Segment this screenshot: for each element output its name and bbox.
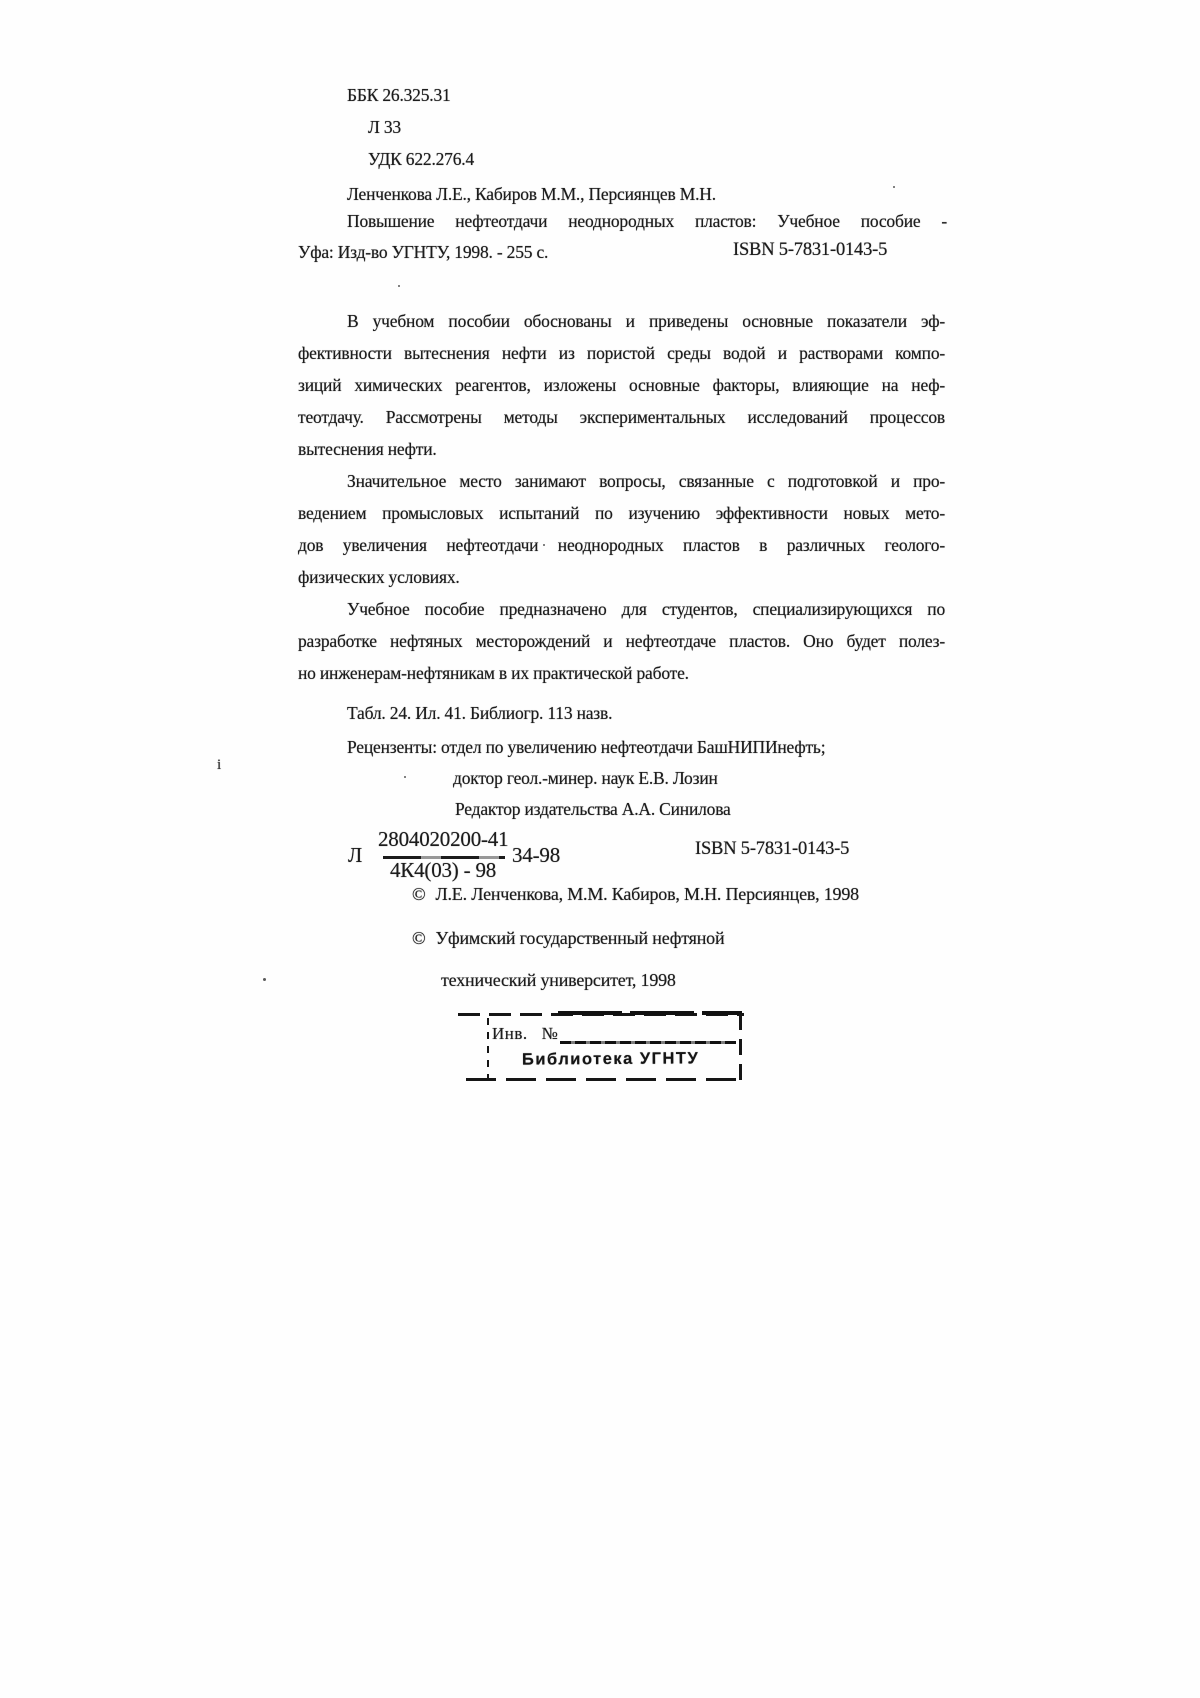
udk-code: УДК 622.276.4 [368, 148, 474, 170]
abstract-line: теотдачу. Рассмотрены методы эксперимент… [298, 406, 945, 428]
stamp-border-bottom [466, 1078, 744, 1081]
scan-speckle [543, 544, 545, 546]
copyright-authors: Л.Е. Ленченкова, М.М. Кабиров, М.Н. Перс… [435, 884, 858, 904]
scan-speckle [263, 978, 266, 981]
copyright-org-line1: ©Уфимский государственный нефтяной [412, 927, 724, 949]
stamp-border-left [487, 1018, 489, 1078]
copyright-authors-line: ©Л.Е. Ленченкова, М.М. Кабиров, М.Н. Пер… [412, 883, 859, 905]
imprint-line: Уфа: Изд-во УГНТУ, 1998. - 255 с. [298, 241, 548, 263]
library-stamp: Инв.№ Библиотека УГНТУ [458, 1010, 744, 1084]
copyright-org-line2: технический университет, 1998 [441, 969, 676, 991]
abstract-line: физических условиях. [298, 566, 460, 588]
stamp-fill-in-rule [560, 1041, 736, 1044]
catalog-suffix: 34-98 [512, 843, 560, 867]
stamp-border-right [739, 1014, 742, 1080]
abstract-line: Значительное место занимают вопросы, свя… [347, 470, 945, 492]
catalog-denominator: 4К4(03) - 98 [390, 858, 496, 882]
scan-speckle [398, 285, 400, 287]
abstract-line: ведением промысловых испытаний по изучен… [298, 502, 945, 524]
authors-line: Ленченкова Л.Е., Кабиров М.М., Персиянце… [347, 183, 716, 205]
stamp-no-label: № [542, 1024, 559, 1043]
reviewers-line-1: Рецензенты: отдел по увеличению нефтеотд… [347, 736, 825, 758]
catalog-letter: Л [348, 843, 362, 867]
stamp-inv-label: Инв. [492, 1024, 528, 1043]
stamp-border-top-heavy [558, 1011, 742, 1015]
abstract-line: разработке нефтяных месторождений и нефт… [298, 630, 945, 652]
stamp-library-label: Библиотека УГНТУ [522, 1049, 699, 1069]
copyright-symbol: © [412, 883, 425, 905]
scanned-book-imprint-page: ББК 26.325.31 Л 33 УДК 622.276.4 Ленченк… [0, 0, 1200, 1698]
abstract-line: В учебном пособии обоснованы и приведены… [347, 310, 945, 332]
bbk-code: ББК 26.325.31 [347, 84, 451, 106]
abstract-line: вытеснения нефти. [298, 438, 437, 460]
stamp-inv-row: Инв.№ [492, 1024, 558, 1044]
biblio-note: Табл. 24. Ил. 41. Библиогр. 113 назв. [347, 702, 612, 724]
editor-line: Редактор издательства А.А. Синилова [455, 798, 731, 820]
abstract-line: фективности вытеснения нефти из пористой… [298, 342, 945, 364]
copyright-symbol: © [412, 927, 425, 949]
catalog-numerator: 2804020200-41 [378, 827, 508, 851]
abstract-line: Учебное пособие предназначено для студен… [347, 598, 945, 620]
abstract-line: зиций химических реагентов, изложены осн… [298, 374, 945, 396]
abstract-line: дов увеличения нефтеотдачи неоднородных … [298, 534, 945, 556]
isbn-bottom: ISBN 5-7831-0143-5 [695, 838, 849, 860]
copyright-org-name: Уфимский государственный нефтяной [435, 928, 724, 948]
scan-speckle [404, 776, 406, 778]
scan-speckle [893, 186, 895, 188]
abstract-line: но инженерам-нефтяникам в их практическо… [298, 662, 689, 684]
title-line: Повышение нефтеотдачи неоднородных пласт… [347, 210, 947, 232]
reviewers-line-2: доктор геол.-минер. наук Е.В. Лозин [453, 767, 718, 789]
isbn-top: ISBN 5-7831-0143-5 [733, 239, 887, 261]
author-code: Л 33 [368, 116, 401, 138]
scan-tick: i [217, 758, 221, 773]
